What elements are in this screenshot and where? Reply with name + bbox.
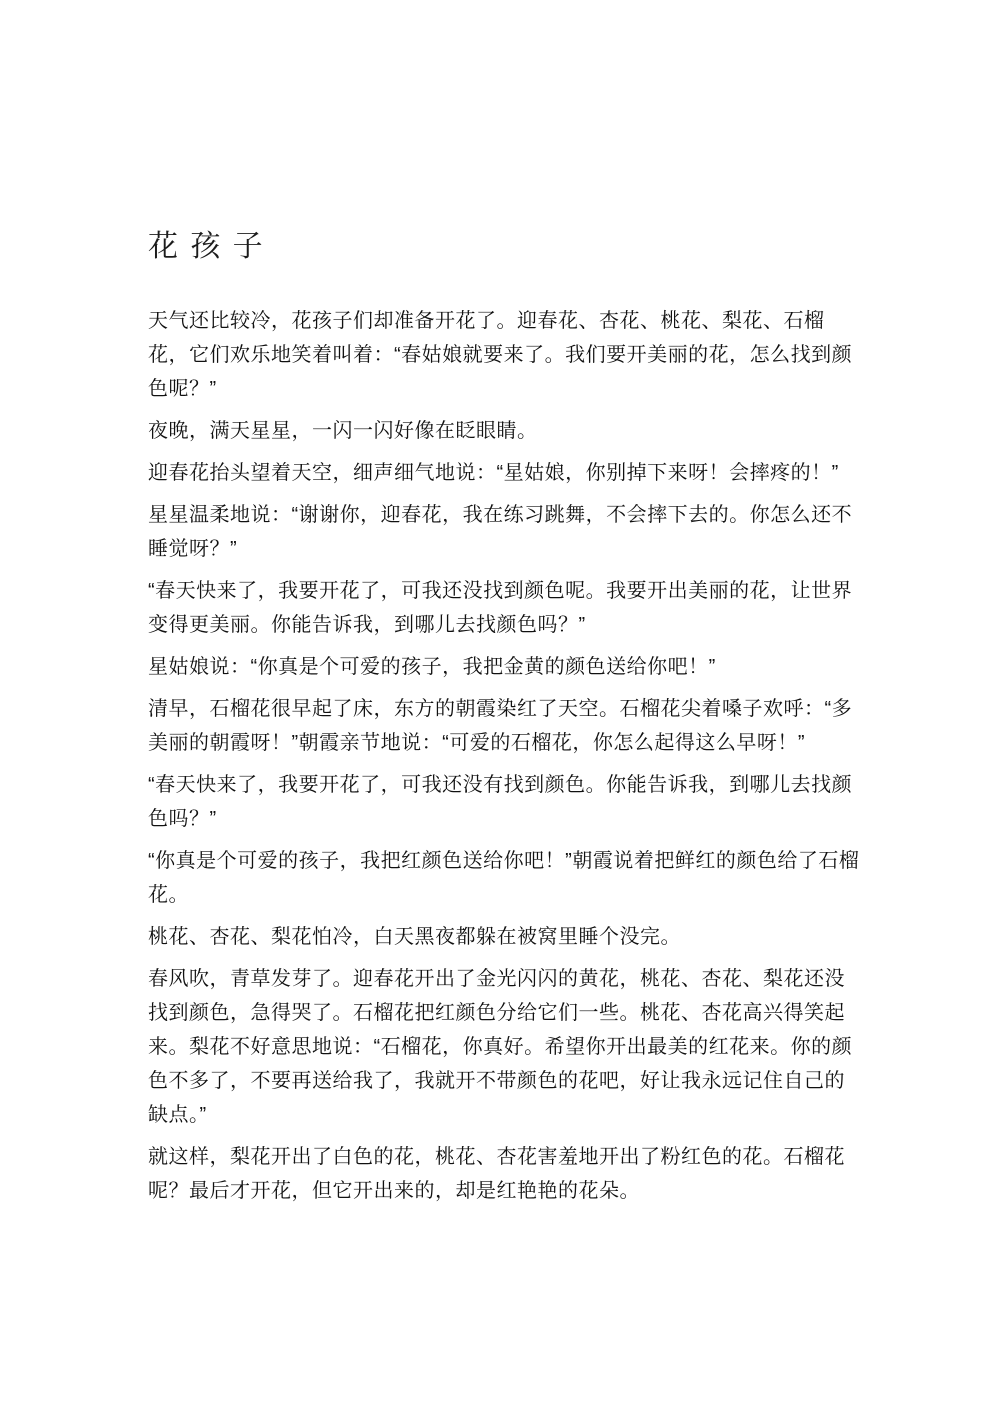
document-page: 花 孩 子 天气还比较冷，花孩子们却准备开花了。迎春花、杏花、桃花、梨花、石榴花… — [0, 0, 993, 1404]
paragraph: 夜晚，满天星星，一闪一闪好像在眨眼睛。 — [148, 414, 860, 448]
paragraph: 星星温柔地说：“谢谢你，迎春花，我在练习跳舞，不会摔下去的。你怎么还不睡觉呀？” — [148, 498, 860, 566]
paragraph: “春天快来了，我要开花了，可我还没找到颜色呢。我要开出美丽的花，让世界变得更美丽… — [148, 574, 860, 642]
paragraph: “春天快来了，我要开花了，可我还没有找到颜色。你能告诉我，到哪儿去找颜色吗？” — [148, 768, 860, 836]
paragraph: 就这样，梨花开出了白色的花，桃花、杏花害羞地开出了粉红色的花。石榴花呢？最后才开… — [148, 1140, 860, 1208]
document-title: 花 孩 子 — [148, 226, 860, 268]
paragraph: 星姑娘说：“你真是个可爱的孩子，我把金黄的颜色送给你吧！” — [148, 650, 860, 684]
paragraph: 清早，石榴花很早起了床，东方的朝霞染红了天空。石榴花尖着嗓子欢呼：“多美丽的朝霞… — [148, 692, 860, 760]
paragraph: 天气还比较冷，花孩子们却准备开花了。迎春花、杏花、桃花、梨花、石榴花，它们欢乐地… — [148, 304, 860, 406]
paragraph: “你真是个可爱的孩子，我把红颜色送给你吧！”朝霞说着把鲜红的颜色给了石榴花。 — [148, 844, 860, 912]
paragraph: 春风吹，青草发芽了。迎春花开出了金光闪闪的黄花，桃花、杏花、梨花还没找到颜色，急… — [148, 962, 860, 1132]
paragraph: 桃花、杏花、梨花怕冷，白天黑夜都躲在被窝里睡个没完。 — [148, 920, 860, 954]
document-content: 花 孩 子 天气还比较冷，花孩子们却准备开花了。迎春花、杏花、桃花、梨花、石榴花… — [148, 226, 860, 1216]
paragraph: 迎春花抬头望着天空，细声细气地说：“星姑娘，你别掉下来呀！会摔疼的！” — [148, 456, 860, 490]
